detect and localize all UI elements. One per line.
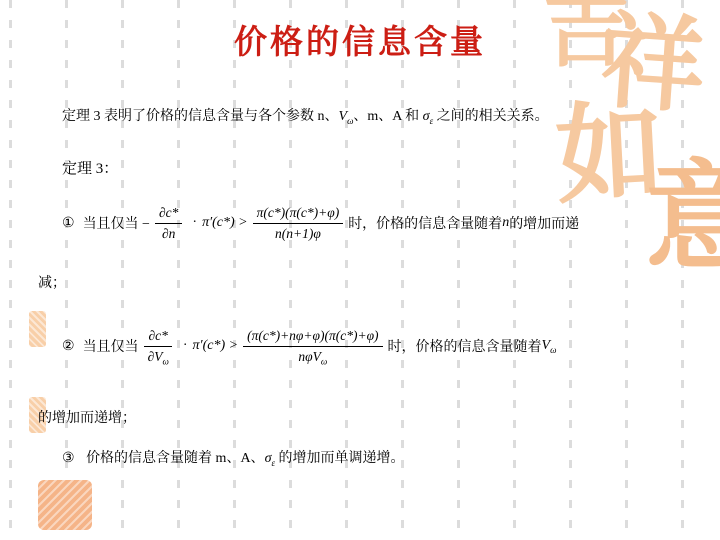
- theorem-item-2: ② 当且仅当 ∂c* ∂Vω · π′(c*) > (π(c*)+nφ+φ)(π…: [62, 314, 556, 378]
- item-1-marker: ①: [62, 215, 75, 232]
- intro-part3: 之间的相关关系。: [433, 109, 549, 124]
- intro-part1: 定理 3 表明了价格的信息含量与各个参数 n、: [62, 109, 339, 124]
- item-2-middle-expression: π′(c*) >: [193, 338, 239, 354]
- theorem-item-1: ① 当且仅当 − ∂c* ∂n · π′(c*) > π(c*)(π(c*)+φ…: [62, 194, 579, 252]
- variable-v: Vω: [542, 338, 557, 354]
- intro-sentence: 定理 3 表明了价格的信息含量与各个参数 n、Vω、m、A 和 σε 之间的相关…: [62, 105, 549, 125]
- item-1-middle-expression: π′(c*) >: [202, 215, 248, 231]
- item-2-tail-pre: 时，价格的信息含量随着: [388, 336, 542, 356]
- theorem-item-3: ③ 价格的信息含量随着 m、A、σε 的增加而单调递增。: [62, 447, 405, 467]
- fraction-denominator: ∂Vω: [144, 347, 173, 365]
- fraction-denominator: ∂n: [158, 224, 179, 242]
- item-2-marker: ②: [62, 338, 75, 355]
- seal-calligraphy-char: 意: [645, 158, 720, 276]
- fraction-denominator: nφVω: [294, 347, 331, 365]
- item-3-text2: 的增加而单调递增。: [275, 451, 405, 466]
- theorem-heading: 定理 3：: [62, 157, 118, 178]
- seal-stamp-decoration: [38, 480, 92, 530]
- item-1-tail-post: 的增加而递: [509, 213, 579, 233]
- item-2-condition-lead: 当且仅当: [83, 336, 139, 356]
- item-1-wrapped-text: 减；: [38, 272, 66, 292]
- fraction-numerator: ∂c*: [155, 205, 182, 224]
- variable-n: n: [502, 215, 509, 231]
- intro-part2: 、m、A 和: [353, 109, 422, 124]
- fraction-pi-ratio-2: (π(c*)+nφ+φ)(π(c*)+φ) nφVω: [243, 328, 382, 365]
- variable-sigma: σε: [423, 109, 433, 124]
- dot-operator: ·: [183, 338, 188, 354]
- item-1-condition-lead: 当且仅当 −: [83, 213, 150, 233]
- item-3-text1: 价格的信息含量随着 m、A、: [86, 451, 265, 466]
- fraction-denominator: n(n+1)φ: [271, 224, 325, 242]
- item-2-wrapped-text: 的增加而递增；: [38, 407, 136, 427]
- stamp-decoration: [29, 311, 46, 347]
- fraction-pi-ratio: π(c*)(π(c*)+φ) n(n+1)φ: [253, 205, 344, 242]
- variable-v: Vω: [339, 109, 354, 124]
- fraction-numerator: ∂c*: [144, 328, 171, 347]
- item-3-marker: ③: [62, 451, 75, 466]
- dot-operator: ·: [192, 215, 197, 231]
- fraction-numerator: π(c*)(π(c*)+φ): [253, 205, 344, 224]
- fraction-dc-dv: ∂c* ∂Vω: [144, 328, 173, 365]
- page-title: 价格的信息含量: [0, 16, 720, 63]
- fraction-numerator: (π(c*)+nφ+φ)(π(c*)+φ): [243, 328, 382, 347]
- slide-background: 吉 祥 如 意 价格的信息含量 定理 3 表明了价格的信息含量与各个参数 n、V…: [0, 0, 720, 540]
- item-1-tail-pre: 时，价格的信息含量随着: [348, 213, 502, 233]
- fraction-dc-dn: ∂c* ∂n: [155, 205, 182, 242]
- variable-sigma: σε: [265, 451, 275, 466]
